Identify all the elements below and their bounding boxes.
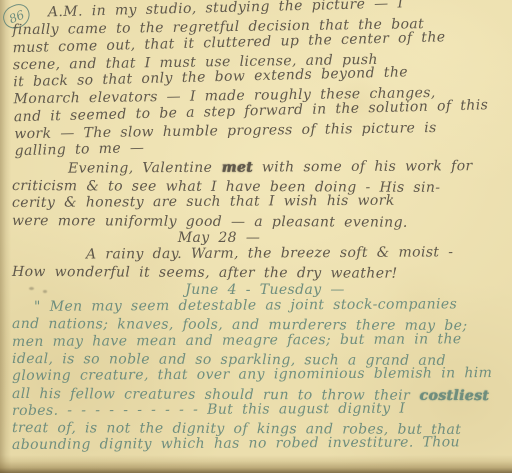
journal-page-scan: 86 A.M. in my studio, studying the pictu… [0, 0, 512, 473]
journal-entry: May 28 —A rainy day. Warm, the breeze so… [12, 230, 510, 282]
page-bottom-edge [0, 455, 512, 473]
entries: A.M. in my studio, studying the picture … [12, 5, 510, 455]
handwritten-line: men may have mean and meagre faces; but … [12, 331, 510, 351]
handwritten-line: abounding dignity which has no robed inv… [12, 434, 510, 454]
handwritten-line: A rainy day. Warm, the breeze soft & moi… [12, 244, 510, 264]
handwritten-line: " Men may seem detestable as joint stock… [12, 296, 510, 316]
handwritten-line: glowing creature, that over any ignomini… [12, 365, 510, 385]
paragraph: " Men may seem detestable as joint stock… [12, 299, 510, 455]
paragraph: A.M. in my studio, studying the picture … [12, 0, 512, 161]
handwritten-line: cerity & honesty are such that I wish hi… [12, 192, 510, 212]
paragraph: A rainy day. Warm, the breeze soft & moi… [12, 247, 510, 282]
handwritten-line: robes. - - - - - - - - - - But this augu… [12, 400, 510, 420]
paragraph: Evening, Valentine met with some of his … [12, 161, 510, 230]
handwritten-line: Evening, Valentine met with some of his … [12, 158, 510, 178]
journal-entry: June 4 - Tuesday —" Men may seem detesta… [12, 282, 510, 455]
journal-entry: A.M. in my studio, studying the picture … [12, 5, 510, 230]
